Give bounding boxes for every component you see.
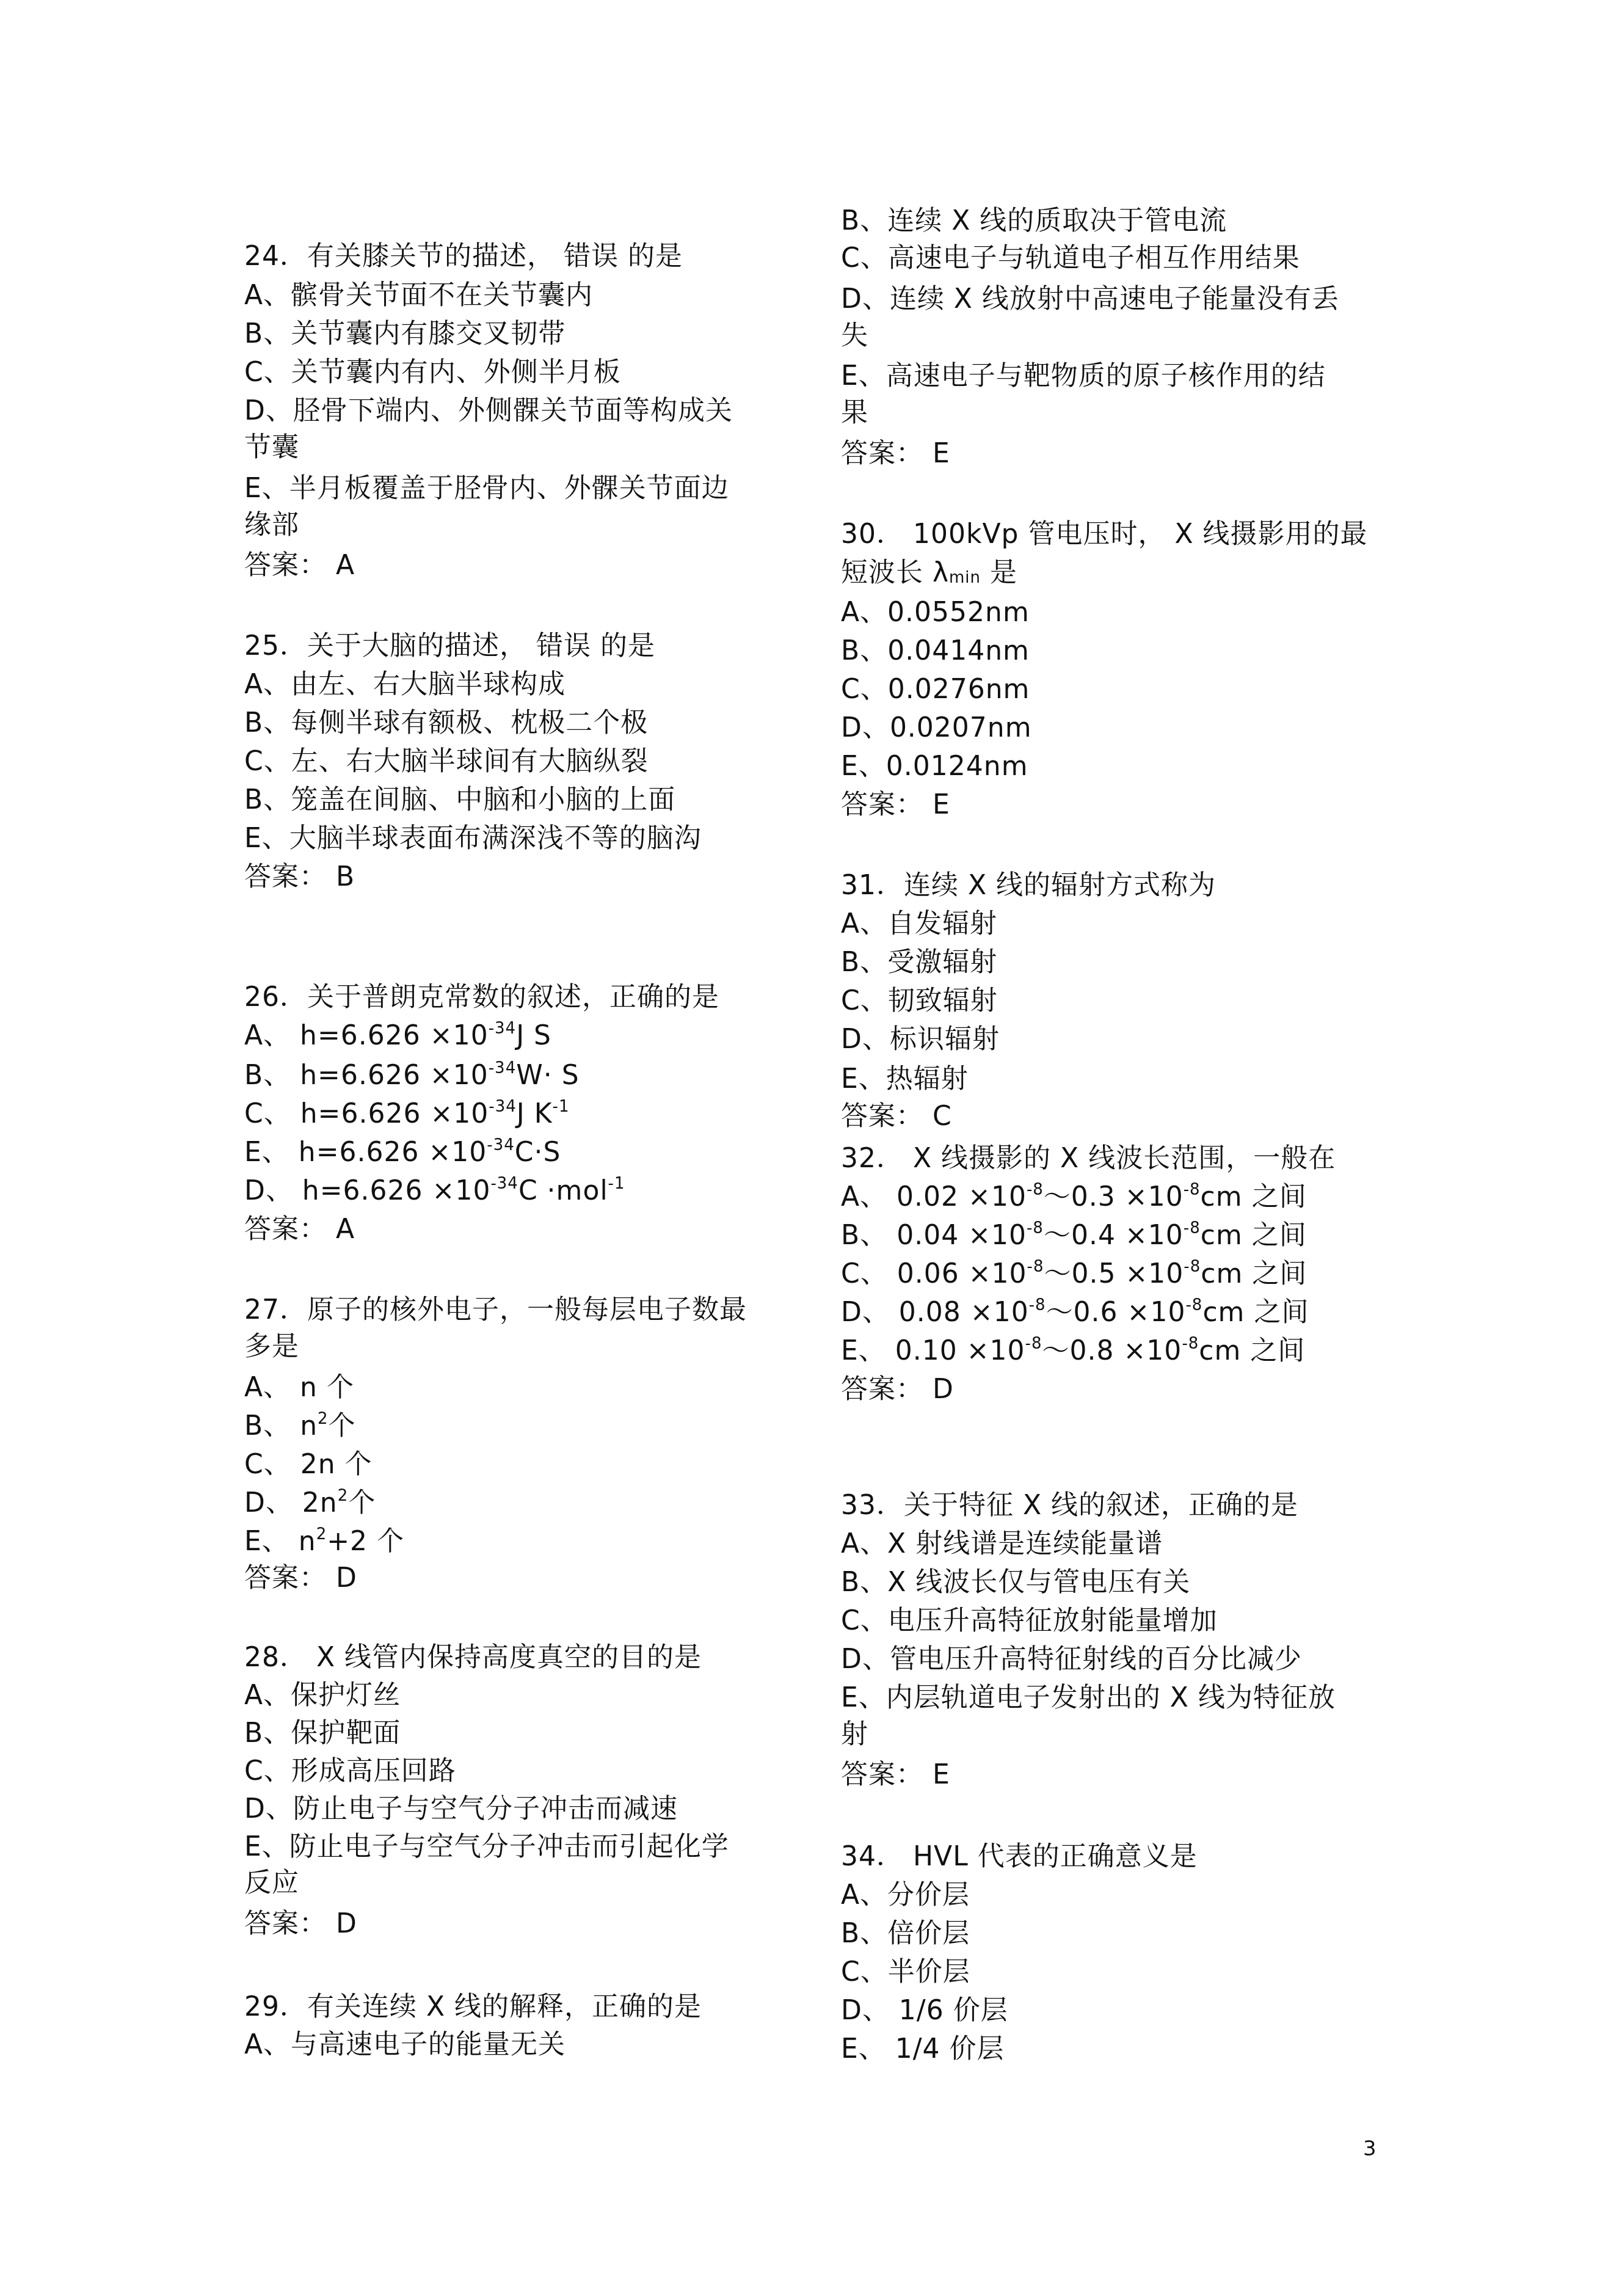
option-line: B、0.0414nm [841,634,1030,668]
exponent: -8 [1027,1181,1044,1199]
option-text: cm 之间 [1202,1297,1309,1328]
option-line: E、 h=6.626 ×10-34C·S [244,1135,561,1170]
answer-line: 答案： A [244,1212,355,1247]
option-text: ～0.8 ×10 [1042,1335,1182,1366]
option-line: B、保护靶面 [244,1716,401,1751]
option-line: E、 1/4 价层 [841,2032,1005,2066]
option-text: C、 0.06 ×10 [841,1258,1027,1289]
exponent: -1 [553,1098,570,1116]
option-line: C、关节囊内有内、外侧半月板 [244,355,621,390]
question-stem: 34． HVL 代表的正确意义是 [841,1840,1198,1874]
option-line: B、 h=6.626 ×10-34W· S [244,1059,580,1093]
option-line: E、大脑半球表面布满深浅不等的脑沟 [244,822,702,856]
option-line: D、管电压升高特征射线的百分比减少 [841,1642,1302,1677]
option-line: B、每侧半球有额极、枕极二个极 [244,706,648,740]
option-line: C、半价层 [841,1955,970,1989]
exponent: -34 [487,1136,514,1154]
question-stem: 33．关于特征 X 线的叙述，正确的是 [841,1489,1298,1523]
question-stem: 28． X 线管内保持高度真空的目的是 [244,1641,702,1675]
exponent: 2 [318,1410,329,1428]
exponent: -34 [489,1098,516,1116]
option-text: cm 之间 [1201,1258,1307,1289]
option-text: cm 之间 [1201,1220,1307,1251]
option-line: D、 h=6.626 ×10-34C ·mol-1 [244,1174,625,1208]
continuation-line: 短波长 λmin 是 [841,556,1017,590]
page-number: 3 [1363,2137,1377,2161]
option-text: C、 2n 个 [244,1449,373,1480]
exponent: -34 [490,1175,518,1193]
option-text: cm 之间 [1201,1181,1307,1212]
continuation-line: 果 [841,396,868,430]
option-text: 个 [348,1487,376,1518]
option-line: A、髌骨关节面不在关节囊内 [244,279,593,313]
stem-text: 是 [981,557,1017,588]
option-line: E、高速电子与靶物质的原子核作用的结 [841,359,1326,393]
exponent: -1 [608,1175,625,1193]
continuation-line: 射 [841,1718,868,1752]
option-line: D、连续 X 线放射中高速电子能量没有丢 [841,282,1339,316]
continuation-line: 多是 [244,1330,299,1364]
option-line: D、 2n2个 [244,1486,376,1520]
question-stem: 27．原子的核外电子，一般每层电子数最 [244,1293,747,1327]
option-line: D、 0.08 ×10-8～0.6 ×10-8cm 之间 [841,1296,1309,1330]
option-line: C、电压升高特征放射能量增加 [841,1604,1218,1638]
option-text: ～0.3 ×10 [1044,1181,1184,1212]
option-line: A、X 射线谱是连续能量谱 [841,1527,1163,1561]
exponent: 2 [338,1487,349,1505]
option-line: C、0.0276nm [841,672,1030,707]
option-line: D、标识辐射 [841,1022,1000,1057]
answer-line: 答案： A [244,548,355,583]
unit-text: C·S [515,1137,561,1168]
unit-text: C ·mol [518,1175,608,1206]
continuation-line: 缘部 [244,508,299,542]
option-line: D、 1/6 价层 [841,1994,1008,2028]
option-line: D、胫骨下端内、外侧髁关节面等构成关 [244,394,733,428]
option-text: B、 0.04 ×10 [841,1220,1027,1251]
option-line: E、内层轨道电子发射出的 X 线为特征放 [841,1681,1336,1715]
option-line: C、 h=6.626 ×10-34J K-1 [244,1097,570,1131]
option-text: D、 2n [244,1487,338,1518]
exponent: -34 [489,1059,516,1077]
option-line: D、0.0207nm [841,711,1032,745]
question-stem: 25．关于大脑的描述， 错误 的是 [244,629,655,663]
stem-text: 短波长 λ [841,557,949,588]
option-line: B、受激辐射 [841,946,997,980]
answer-line: 答案： E [841,788,950,822]
question-stem: 29．有关连续 X 线的解释，正确的是 [244,1990,702,2024]
subscript: min [949,569,981,587]
option-line: E、 n2+2 个 [244,1525,404,1559]
option-line: A、 n 个 [244,1371,354,1405]
answer-line: 答案： E [841,437,950,471]
answer-line: 答案： D [841,1372,954,1407]
option-text: +2 个 [327,1526,404,1557]
continuation-line: 反应 [244,1866,299,1900]
option-line: E、 0.10 ×10-8～0.8 ×10-8cm 之间 [841,1334,1305,1368]
option-text: E、 0.10 ×10 [841,1335,1025,1366]
option-line: B、 0.04 ×10-8～0.4 ×10-8cm 之间 [841,1219,1307,1253]
exponent: 2 [316,1525,327,1543]
answer-line: 答案： E [841,1758,950,1792]
option-text: D、 h=6.626 ×10 [244,1175,490,1206]
option-text: B、 h=6.626 ×10 [244,1060,489,1091]
option-line: A、由左、右大脑半球构成 [244,668,566,702]
option-line: D、防止电子与空气分子冲击而减速 [244,1792,678,1826]
continuation-line: 失 [841,319,868,353]
option-line: B、笼盖在间脑、中脑和小脑的上面 [244,783,675,817]
question-stem: 30． 100kVp 管电压时， X 线摄影用的最 [841,517,1368,552]
option-text: cm 之间 [1199,1335,1305,1366]
option-line: A、0.0552nm [841,596,1030,630]
option-text: 个 [329,1410,356,1441]
unit-text: J S [516,1020,551,1051]
answer-line: 答案： D [244,1907,357,1941]
exponent: -34 [489,1019,516,1038]
option-line: E、防止电子与空气分子冲击而引起化学 [244,1830,729,1864]
option-line: E、热辐射 [841,1062,969,1096]
option-line: E、半月板覆盖于胫骨内、外髁关节面边 [244,472,729,506]
question-stem: 24．有关膝关节的描述， 错误 的是 [244,239,683,274]
exponent: -8 [1025,1335,1042,1353]
continuation-line: 节囊 [244,431,299,465]
option-text: E、 h=6.626 ×10 [244,1137,487,1168]
unit-text: W· S [516,1060,579,1091]
option-line: B、连续 X 线的质取决于管电流 [841,204,1227,238]
exponent: -8 [1027,1258,1044,1276]
option-line: A、 h=6.626 ×10-34J S [244,1019,551,1053]
unit-text: J K [517,1098,553,1129]
option-text: B、 n [244,1410,318,1441]
option-line: C、左、右大脑半球间有大脑纵裂 [244,745,649,779]
option-text: A、 0.02 ×10 [841,1181,1027,1212]
option-line: A、与高速电子的能量无关 [244,2028,566,2062]
option-line: C、 2n 个 [244,1448,373,1482]
option-line: A、 0.02 ×10-8～0.3 ×10-8cm 之间 [841,1180,1307,1214]
option-line: B、关节囊内有膝交叉韧带 [244,317,566,351]
option-text: A、 h=6.626 ×10 [244,1020,489,1051]
option-text: D、 0.08 ×10 [841,1297,1029,1328]
exponent: -8 [1182,1335,1199,1353]
exponent: -8 [1184,1258,1201,1276]
question-stem: 32． X 线摄影的 X 线波长范围，一般在 [841,1142,1336,1176]
option-line: C、 0.06 ×10-8～0.5 ×10-8cm 之间 [841,1257,1307,1291]
option-line: B、 n2个 [244,1409,356,1443]
exponent: -8 [1184,1181,1201,1199]
answer-line: 答案： C [841,1099,952,1134]
option-line: C、形成高压回路 [244,1754,456,1788]
option-text: ～0.6 ×10 [1046,1297,1186,1328]
option-text: E、 n [244,1526,316,1557]
option-line: A、自发辐射 [841,907,997,941]
option-text: ～0.5 ×10 [1044,1258,1184,1289]
question-stem: 26．关于普朗克常数的叙述，正确的是 [244,980,719,1015]
option-line: A、保护灯丝 [244,1678,401,1713]
exponent: -8 [1029,1296,1046,1314]
option-line: B、X 线波长仅与管电压有关 [841,1565,1190,1600]
option-line: C、韧致辐射 [841,984,998,1018]
exponent: -8 [1184,1219,1201,1237]
exponent: -8 [1027,1219,1044,1237]
question-stem: 31．连续 X 线的辐射方式称为 [841,869,1216,903]
option-line: C、高速电子与轨道电子相互作用结果 [841,241,1300,275]
answer-line: 答案： D [244,1561,357,1595]
option-text: C、 h=6.626 ×10 [244,1098,489,1129]
answer-line: 答案： B [244,860,355,894]
option-line: A、分价层 [841,1878,970,1912]
option-text: A、 n 个 [244,1372,354,1403]
option-line: E、0.0124nm [841,749,1028,784]
option-line: B、倍价层 [841,1917,970,1951]
option-text: ～0.4 ×10 [1044,1220,1184,1251]
exponent: -8 [1185,1296,1202,1314]
